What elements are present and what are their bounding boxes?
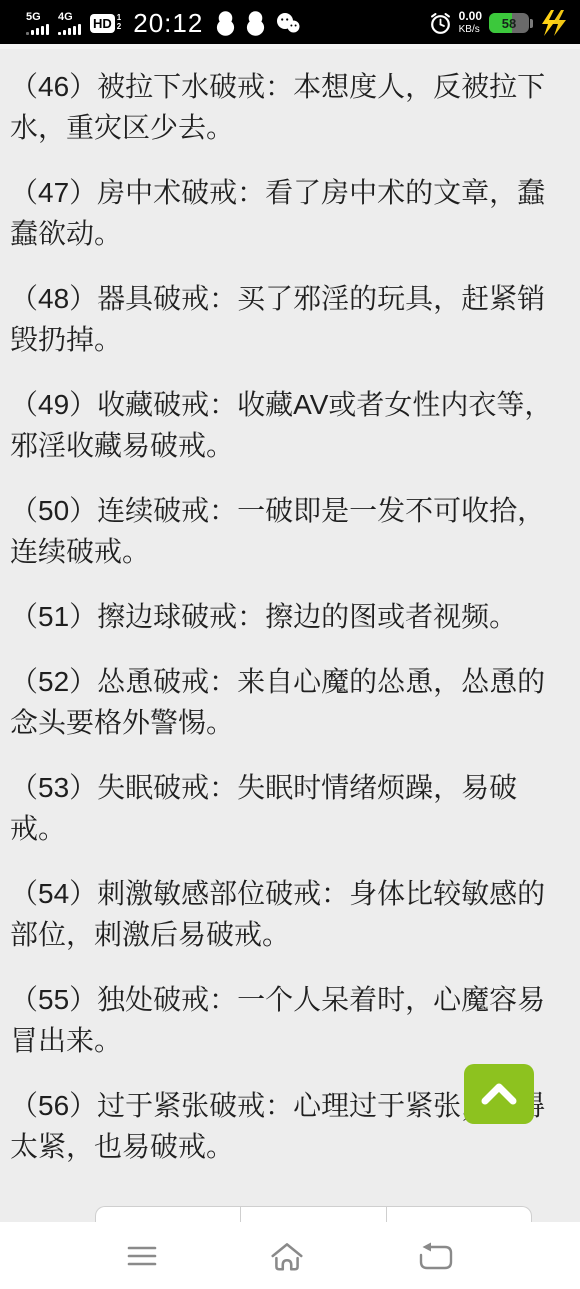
chevron-up-icon — [475, 1075, 523, 1113]
system-nav-bar — [0, 1222, 580, 1289]
wechat-icon — [275, 12, 301, 34]
list-item: （52）怂恿破戒：来自心魔的怂恿，怂恿的念头要格外警惕。 — [10, 661, 570, 743]
list-item: （54）刺激敏感部位破戒：身体比较敏感的部位，刺激后易破戒。 — [10, 873, 570, 955]
status-time: 20:12 — [133, 8, 203, 39]
signal-bars — [58, 24, 81, 35]
volte-sim-2: 2 — [117, 23, 121, 32]
signal-4g-icon: 4G — [58, 12, 81, 35]
charging-bolt-icon — [540, 10, 570, 36]
battery-percent: 58 — [489, 13, 529, 33]
network-speed-unit: KB/s — [459, 24, 480, 36]
content-area[interactable]: （46）被拉下水破戒：本想度人，反被拉下水，重灾区少去。 （47）房中术破戒：看… — [0, 44, 580, 1222]
phone-screen: { "status_bar": { "signal_primary": "5G"… — [0, 0, 580, 1289]
volte-sim-indices: 1 2 — [117, 14, 121, 32]
back-button[interactable] — [412, 1237, 458, 1275]
list-item: （46）被拉下水破戒：本想度人，反被拉下水，重灾区少去。 — [10, 66, 570, 148]
signal-bars — [26, 24, 49, 35]
qq-notification-icon — [245, 10, 266, 36]
home-icon — [269, 1241, 305, 1271]
status-bar: 5G 4G HD 1 2 20:12 — [0, 0, 580, 44]
list-item: （50）连续破戒：一破即是一发不可收拾，连续破戒。 — [10, 490, 570, 572]
network-speed: 0.00 KB/s — [459, 10, 482, 35]
list-item: （48）器具破戒：买了邪淫的玩具，赶紧销毁扔掉。 — [10, 278, 570, 360]
volte-hd-icon: HD 1 2 — [90, 14, 121, 33]
menu-button[interactable] — [122, 1240, 162, 1272]
back-icon — [416, 1241, 454, 1271]
signal-5g-icon: 5G — [26, 12, 49, 35]
back-to-top-button[interactable] — [464, 1064, 534, 1124]
network-speed-value: 0.00 — [459, 10, 482, 24]
status-bar-left: 5G 4G HD 1 2 20:12 — [26, 8, 301, 39]
alarm-clock-icon — [429, 12, 452, 35]
battery-icon: 58 — [489, 13, 533, 33]
list-item: （55）独处破戒：一个人呆着时，心魔容易冒出来。 — [10, 979, 570, 1061]
list-item: （47）房中术破戒：看了房中术的文章，蠢蠢欲动。 — [10, 172, 570, 254]
battery-nub — [530, 19, 533, 28]
signal-4g-label: 4G — [58, 12, 73, 23]
battery-body: 58 — [489, 13, 529, 33]
status-bar-right: 0.00 KB/s 58 — [429, 10, 570, 36]
home-button[interactable] — [265, 1237, 309, 1275]
rule-list: （46）被拉下水破戒：本想度人，反被拉下水，重灾区少去。 （47）房中术破戒：看… — [0, 49, 580, 1167]
menu-icon — [126, 1244, 158, 1268]
list-item: （51）擦边球破戒：擦边的图或者视频。 — [10, 596, 570, 637]
signal-5g-label: 5G — [26, 12, 41, 23]
list-item: （49）收藏破戒：收藏AV或者女性内衣等，邪淫收藏易破戒。 — [10, 384, 570, 466]
volte-hd-label: HD — [90, 14, 115, 33]
qq-notification-icon — [215, 10, 236, 36]
list-item: （53）失眠破戒：失眠时情绪烦躁，易破戒。 — [10, 767, 570, 849]
